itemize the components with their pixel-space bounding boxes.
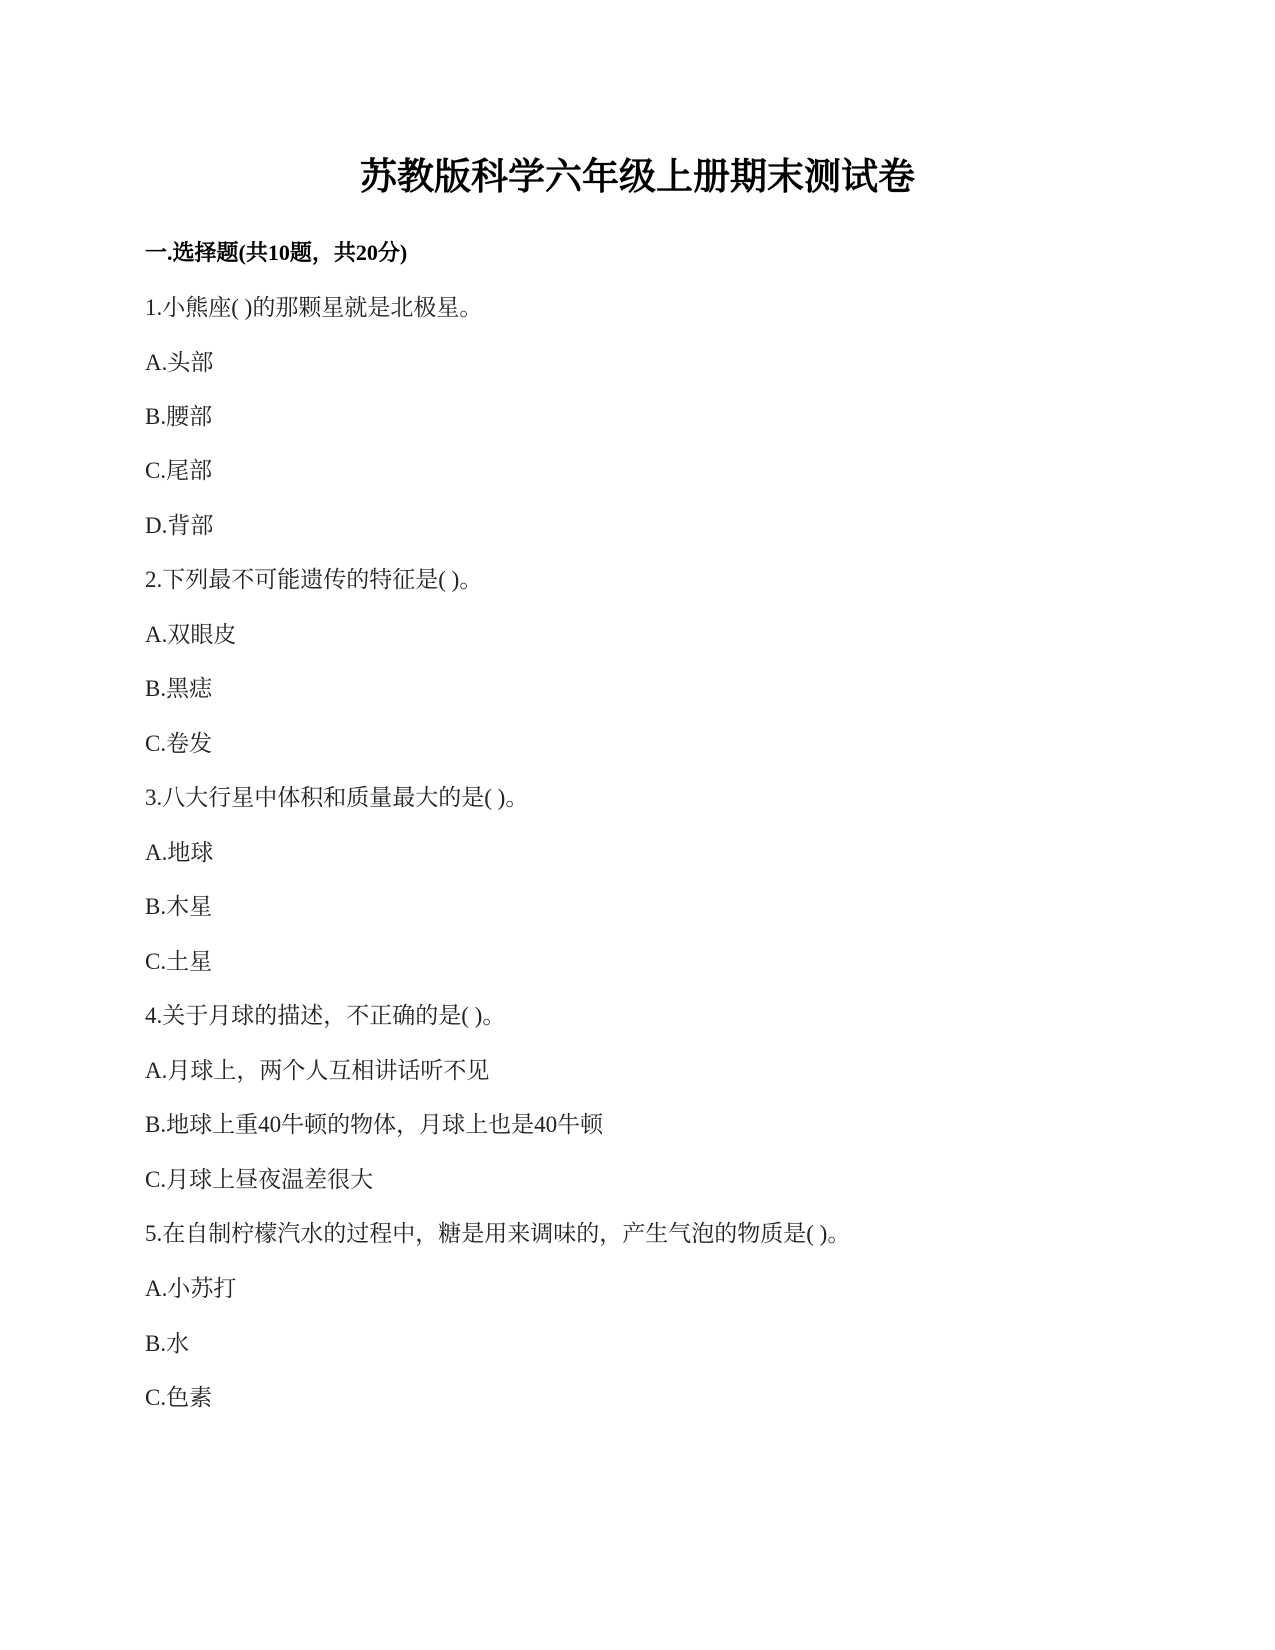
answer-option: B.腰部 [145,398,212,431]
answer-option: B.地球上重40牛顿的物体，月球上也是40牛顿 [145,1106,603,1139]
page-title: 苏教版科学六年级上册期末测试卷 [0,146,1275,200]
answer-option: D.背部 [145,507,213,540]
answer-option: C.月球上昼夜温差很大 [145,1161,373,1194]
answer-option: C.色素 [145,1379,212,1412]
answer-option: B.水 [145,1325,189,1358]
answer-option: A.头部 [145,344,213,377]
document-page: 苏教版科学六年级上册期末测试卷 一.选择题(共10题，共20分) 1.小熊座( … [0,0,1275,1650]
answer-option: A.月球上，两个人互相讲话听不见 [145,1052,489,1085]
answer-option: B.木星 [145,888,212,921]
question-stem: 1.小熊座( )的那颗星就是北极星。 [145,289,482,322]
answer-option: C.卷发 [145,725,212,758]
section-heading: 一.选择题(共10题，共20分) [145,236,407,267]
answer-option: A.地球 [145,834,213,867]
answer-option: C.土星 [145,943,212,976]
answer-option: A.小苏打 [145,1270,236,1303]
answer-option: A.双眼皮 [145,616,236,649]
answer-option: B.黑痣 [145,670,212,703]
answer-option: C.尾部 [145,452,212,485]
question-stem: 2.下列最不可能遗传的特征是( )。 [145,561,482,594]
question-stem: 3.八大行星中体积和质量最大的是( )。 [145,779,528,812]
question-stem: 4.关于月球的描述，不正确的是( )。 [145,997,505,1030]
question-stem: 5.在自制柠檬汽水的过程中，糖是用来调味的，产生气泡的物质是( )。 [145,1215,850,1248]
